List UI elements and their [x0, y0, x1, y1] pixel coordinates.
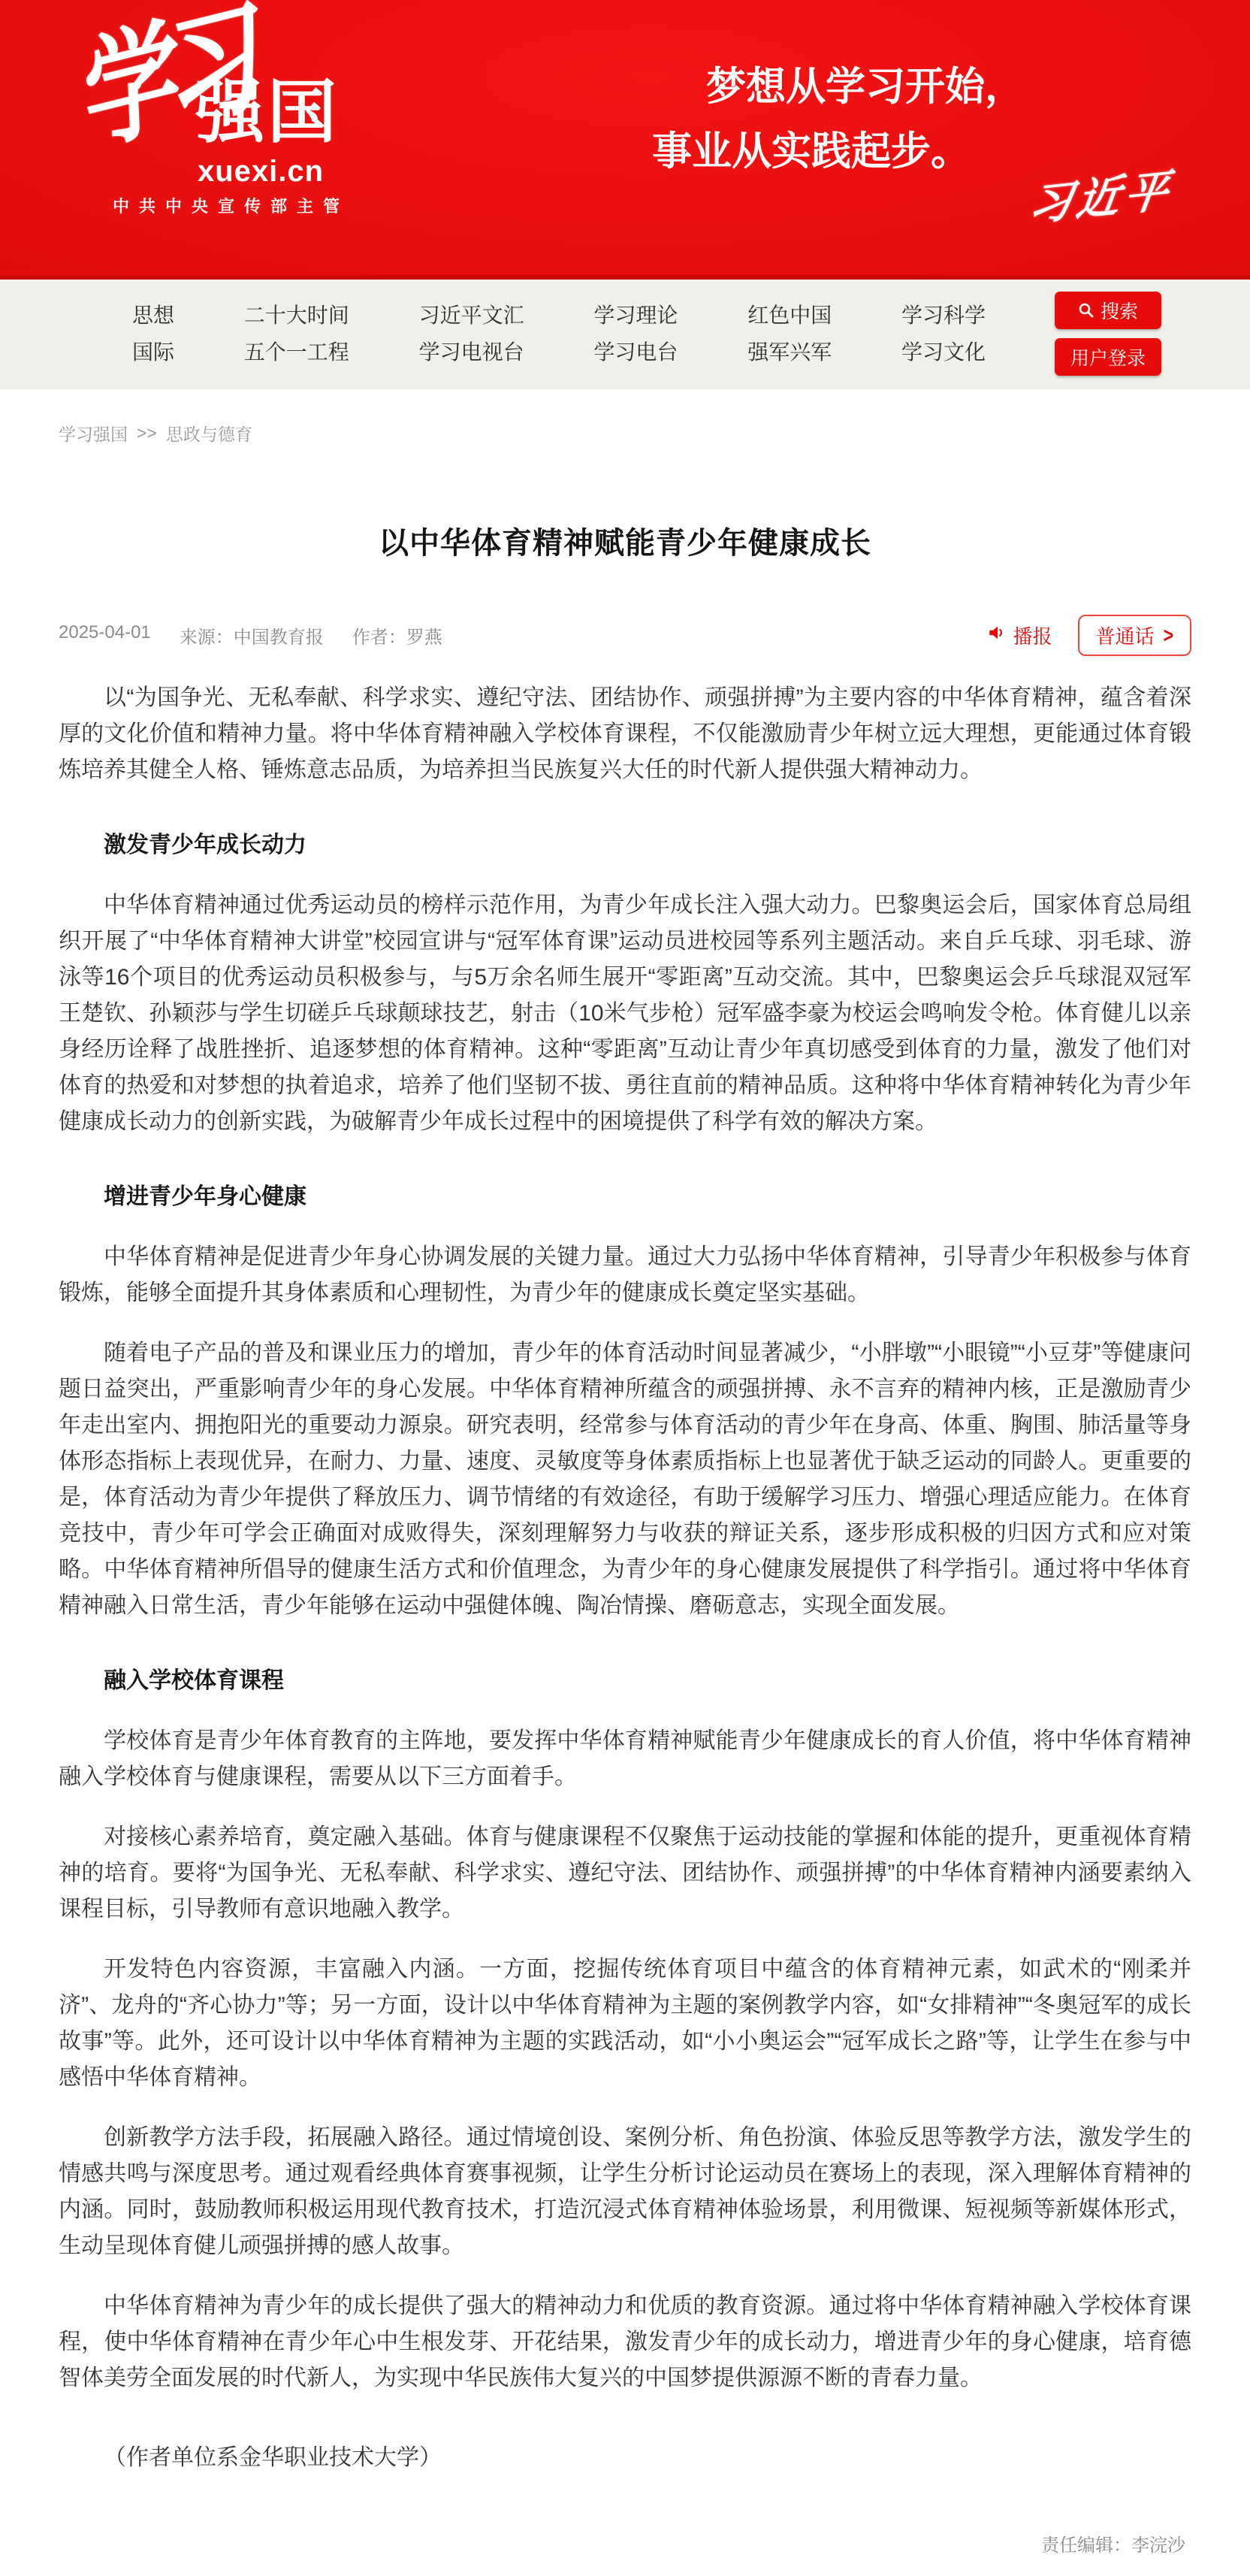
article-content: 以中华体育精神赋能青少年健康成长 2025-04-01 来源：中国教育报 作者：…	[0, 446, 1250, 2530]
broadcast-label: 播报	[1013, 621, 1052, 649]
header-slogan: 梦想从学习开始， 事业从实践起步。	[652, 54, 1025, 183]
nav-item[interactable]: 国际	[132, 340, 174, 365]
breadcrumb: 学习强国 >> 思政与德育	[59, 421, 1191, 446]
nav-item[interactable]: 学习理论	[593, 303, 678, 328]
breadcrumb-section[interactable]: 思政与德育	[166, 421, 252, 446]
article-block: 中华体育精神为青少年的成长提供了强大的精神动力和优质的教育资源。通过将中华体育精…	[59, 2288, 1191, 2396]
breadcrumb-separator: >>	[137, 423, 157, 443]
article-author: 作者：罗燕	[352, 622, 442, 649]
article-block: 增进青少年身心健康	[59, 1179, 1191, 1215]
article-meta-left: 2025-04-01 来源：中国教育报 作者：罗燕	[59, 622, 442, 649]
nav-buttons: 搜索 用户登录	[1055, 292, 1161, 376]
broadcast-button[interactable]: 播报	[983, 621, 1057, 650]
voice-label: 普通话	[1096, 621, 1155, 649]
article-source: 来源：中国教育报	[180, 622, 324, 649]
nav-item[interactable]: 强军兴军	[747, 340, 832, 365]
login-button[interactable]: 用户登录	[1055, 338, 1161, 376]
page: 学习 强国 xuexi.cn 中共中央宣传部主管 梦想从学习开始， 事业从实践起…	[0, 0, 1250, 2576]
nav-item[interactable]: 学习科学	[901, 303, 986, 328]
nav-item[interactable]: 五个一工程	[244, 340, 349, 365]
slogan-line-2: 事业从实践起步。	[652, 119, 1025, 183]
article-meta: 2025-04-01 来源：中国教育报 作者：罗燕 播报 普通话 >	[59, 615, 1191, 656]
search-button-label: 搜索	[1101, 297, 1138, 324]
nav-item[interactable]: 思想	[132, 303, 174, 328]
logo-block-text: 强国	[195, 78, 340, 147]
article-block: 创新教学方法手段，拓展融入路径。通过情境创设、案例分析、角色扮演、体验反思等教学…	[59, 2120, 1191, 2264]
article-block: 随着电子产品的普及和课业压力的增加，青少年的体育活动时间显著减少，“小胖墩”“小…	[59, 1335, 1191, 1624]
article-block: 中华体育精神是促进青少年身心协调发展的关键力量。通过大力弘扬中华体育精神，引导青…	[59, 1239, 1191, 1311]
nav-item[interactable]: 学习文化	[901, 340, 986, 365]
primary-nav: 思想 国际 二十大时间 五个一工程 习近平文汇 学习电视台 学习理论 学习电台	[0, 275, 1250, 389]
nav-columns: 思想 国际 二十大时间 五个一工程 习近平文汇 学习电视台 学习理论 学习电台	[132, 303, 986, 364]
nav-item[interactable]: 红色中国	[747, 303, 832, 328]
search-button[interactable]: 搜索	[1055, 292, 1161, 329]
nav-column: 二十大时间 五个一工程	[244, 303, 349, 364]
breadcrumb-site[interactable]: 学习强国	[59, 421, 128, 446]
chevron-right-icon: >	[1164, 623, 1173, 649]
site-footer: 责任编辑：李浣沙	[0, 2530, 1250, 2576]
nav-column: 思想 国际	[132, 303, 174, 364]
nav-item[interactable]: 学习电台	[593, 340, 678, 365]
voice-select-button[interactable]: 普通话 >	[1078, 615, 1191, 656]
article-block: 激发青少年成长动力	[59, 827, 1191, 863]
nav-item[interactable]: 学习电视台	[419, 340, 524, 365]
nav-column: 学习理论 学习电台	[593, 303, 678, 364]
article-block: 融入学校体育课程	[59, 1663, 1191, 1699]
site-header: 学习 强国 xuexi.cn 中共中央宣传部主管 梦想从学习开始， 事业从实践起…	[0, 0, 1250, 275]
article-block: 以“为国争光、无私奉献、科学求实、遵纪守法、团结协作、顽强拼搏”为主要内容的中华…	[59, 680, 1191, 788]
logo-domain: xuexi.cn	[198, 155, 324, 189]
page-title: 以中华体育精神赋能青少年健康成长	[59, 519, 1191, 562]
editor-credit: 责任编辑：李浣沙	[1041, 2535, 1185, 2556]
article-date: 2025-04-01	[59, 622, 151, 649]
login-button-label: 用户登录	[1070, 343, 1146, 370]
nav-column: 学习科学 学习文化	[901, 303, 986, 364]
article-block: 对接核心素养培育，奠定融入基础。体育与健康课程不仅聚焦于运动技能的掌握和体能的提…	[59, 1819, 1191, 1927]
search-icon	[1078, 302, 1095, 319]
article-meta-right: 播报 普通话 >	[983, 615, 1191, 656]
nav-column: 红色中国 强军兴军	[747, 303, 832, 364]
nav-item[interactable]: 二十大时间	[244, 303, 349, 328]
logo-supervisor: 中共中央宣传部主管	[113, 194, 349, 217]
speaker-icon	[987, 623, 1007, 648]
article-block: 学校体育是青少年体育教育的主阵地，要发挥中华体育精神赋能青少年健康成长的育人价值…	[59, 1723, 1191, 1795]
slogan-line-1: 梦想从学习开始，	[652, 54, 1025, 119]
article-body: 以“为国争光、无私奉献、科学求实、遵纪守法、团结协作、顽强拼搏”为主要内容的中华…	[59, 680, 1191, 2530]
nav-column: 习近平文汇 学习电视台	[419, 303, 524, 364]
signature-text: 习近平	[1025, 154, 1177, 234]
article-block: （作者单位系金华职业技术大学）	[59, 2440, 1191, 2476]
nav-item[interactable]: 习近平文汇	[419, 303, 524, 328]
article-block: 开发特色内容资源，丰富融入内涵。一方面，挖掘传统体育项目中蕴含的体育精神元素，如…	[59, 1952, 1191, 2096]
article-block: 中华体育精神通过优秀运动员的榜样示范作用，为青少年成长注入强大动力。巴黎奥运会后…	[59, 887, 1191, 1140]
